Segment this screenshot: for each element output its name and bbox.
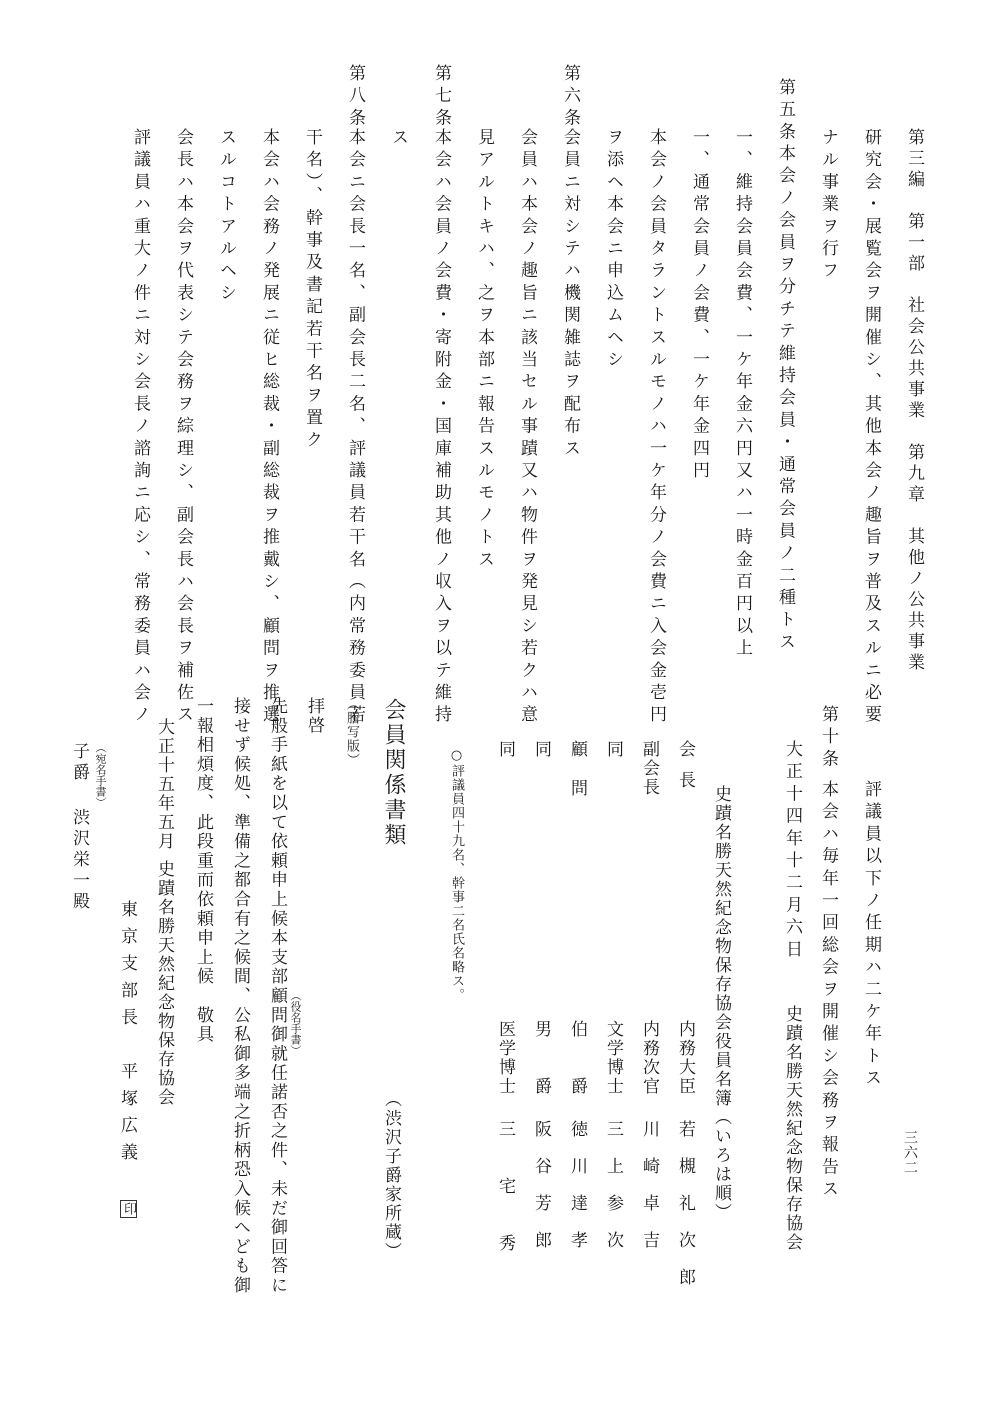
roster-role: 顧問: [568, 740, 585, 818]
article6-line: 会員ハ本会ノ趣旨ニ該当セル事蹟又ハ物件ヲ発見シ若クハ意: [518, 128, 535, 727]
article8-line: 評議員ハ重大ノ件ニ対シ会長ノ諮詢ニ応シ、常務委員ハ会ノ: [131, 128, 148, 727]
article10-text: 本会ハ毎年一回総会ヲ開催シ会務ヲ報告ス: [819, 780, 836, 1202]
date-line: 大正十四年十二月六日: [783, 740, 800, 962]
addressee-note: （宛名手書）: [95, 742, 106, 808]
roster-role: 会長: [676, 740, 693, 802]
article5-line: 一、通常会員ノ会費、一ケ年金四円: [690, 128, 707, 483]
article8-line: 本会ハ会務ノ発展ニ従ヒ総裁・副総裁ヲ推戴シ、顧問ヲ推選: [260, 128, 277, 727]
article9-continuation: 評議員以下ノ任期ハ二ケ年トス: [862, 780, 879, 1091]
article5-line: 本会ノ会員タラントスルモノハ一ケ年分ノ会費ニ入会金壱円: [647, 128, 664, 727]
article-label-5: 第五条: [776, 78, 793, 145]
article6-line: 見アルトキハ、之ヲ本部ニ報告スルモノトス: [475, 128, 492, 572]
letter-line: 接せず候処、準備之都合有之候間、公私御多端之折柄恐入候へども御: [231, 697, 248, 1295]
article8-line: 会長ハ本会ヲ代表シテ会務ヲ綜理シ、副会長ハ会長ヲ補佐ス: [174, 128, 191, 727]
docs-print-type: （謄写版）: [345, 697, 358, 767]
article8-line: 本会ニ会長一名、副会長二名、評議員若干名（内常務委員若: [346, 128, 363, 727]
article5-line: ヲ添ヘ本会ニ申込ムヘシ: [604, 128, 621, 372]
roster-title: 史蹟名勝天然紀念物保存協会役員名簿（いろは順）: [712, 785, 729, 1222]
article5-line: 一、維持会員会費、一ケ年金六円又ハ一時金百円以上: [733, 128, 750, 661]
roster-name: 三上参次: [604, 1120, 621, 1268]
letter-date: 大正十五年五月: [155, 718, 172, 851]
letter-line: 先般手紙を以て依頼申上候本支部顧問御就任諾否之件、未だ御回答に: [268, 697, 285, 1295]
docs-source: （渋沢子爵家所蔵）: [382, 1090, 399, 1261]
article4-continuation-2: ナル事業ヲ行フ: [819, 128, 836, 283]
ruby-note: （役名手書）: [290, 990, 301, 1056]
roster-role: 同: [532, 740, 549, 762]
article4-continuation: 研究会・展覧会ヲ開催シ、其他本会ノ趣旨ヲ普及スルニ必要: [862, 128, 879, 727]
roster-role: 同: [604, 740, 621, 762]
article-label-6: 第六条: [561, 64, 578, 131]
roster-name: 若槻礼次郎: [676, 1120, 693, 1305]
sender-org: 史蹟名勝天然紀念物保存協会: [155, 860, 172, 1107]
article8-line: スルコトアルヘシ: [217, 128, 234, 306]
roster-title-cell: 内務次官: [640, 1020, 657, 1096]
article-label-8: 第八条: [346, 64, 363, 131]
roster-title-cell: 医学博士: [496, 1020, 513, 1096]
article6-line: 会員ニ対シテハ機関雑誌ヲ配布ス: [561, 128, 578, 461]
article-label-10: 第十条: [819, 705, 836, 772]
page-number: 三六二: [903, 1130, 917, 1175]
article7-line: ス: [389, 128, 406, 150]
roster-role: 副会長: [640, 740, 657, 797]
article7-line: 本会ハ会員ノ会費・寄附金・国庫補助其他ノ収入ヲ以テ維持: [432, 128, 449, 727]
docs-heading: 会員関係書類: [382, 698, 404, 848]
roster-title-cell: 男爵: [532, 1020, 549, 1134]
letter-line: 一報相煩度、此段重而依頼申上候 敬具: [194, 697, 211, 1044]
article8-line: 干名）、幹事及書記若干名ヲ置ク: [303, 128, 320, 453]
roster-name: 三宅秀: [496, 1120, 513, 1291]
article5-line: 本会ノ会員ヲ分チテ維持会員・通常会員ノ二種トス: [776, 144, 793, 655]
article-label-7: 第七条: [432, 64, 449, 131]
salutation: 拝啓: [305, 697, 322, 735]
roster-name: 川崎卓吉: [640, 1120, 657, 1268]
roster-title-cell: 内務大臣: [676, 1020, 693, 1096]
roster-note: ○評議員四十九名、幹事二名氏名略ス。: [450, 748, 463, 1002]
sender: 東京支部長 平塚広義: [118, 900, 135, 1170]
roster-title-cell: 伯爵: [568, 1020, 585, 1134]
roster-name: 阪谷芳郎: [532, 1120, 549, 1268]
roster-title-cell: 文学博士: [604, 1020, 621, 1096]
seal-mark: 印: [120, 1200, 137, 1218]
roster-role: 同: [496, 740, 513, 762]
roster-name: 徳川達孝: [568, 1120, 585, 1268]
running-header: 第三編 第一部 社会公共事業 第九章 其他ノ公共事業: [905, 128, 922, 674]
society-name: 史蹟名勝天然紀念物保存協会: [783, 1005, 800, 1252]
addressee: 子爵 渋沢栄一殿: [70, 742, 87, 913]
